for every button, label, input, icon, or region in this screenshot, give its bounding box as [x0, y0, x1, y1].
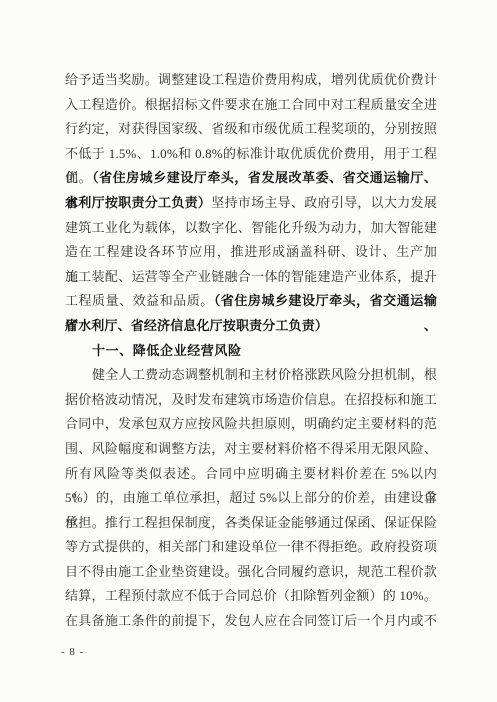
- section-heading: 十一、降低企业经营风险: [65, 339, 437, 364]
- document-body: 给予适当奖励。调整建设工程造价费用构成，增列优质优价费计入工程造价。根据招标文件…: [65, 68, 437, 634]
- text-segment: 工程质量、效益和品质。: [65, 293, 214, 308]
- text-line: 给予适当奖励。调整建设工程造价费用构成，增列优质优价费计: [65, 68, 437, 93]
- text-line: 水利厅按职责分工负责）坚持市场主导、政府引导，以大力发展: [65, 191, 437, 216]
- text-segment: 建筑工业化为载体，以数字化、智能化升级为动力，加大智能建: [65, 220, 437, 235]
- text-line: 合同中，发承包双方应按风险共担原则，明确约定主要材料的范: [65, 412, 437, 437]
- text-line: 结算，工程预付款应不低于合同总价（扣除暂列金额）的 10%。: [65, 584, 437, 609]
- text-segment: 行约定，对获得国家级、省级和市级优质工程奖项的，分别按照: [65, 121, 437, 136]
- text-segment: 等方式提供的，相关部门和建设单位一律不得拒绝。政府投资项: [65, 539, 437, 554]
- text-line: 工程质量、效益和品质。（省住房城乡建设厅牵头，省交通运输厅、: [65, 289, 437, 314]
- text-segment: 给予适当奖励。调整建设工程造价费用构成，增列优质优价费计: [65, 72, 437, 87]
- text-segment: 结算，工程预付款应不低于合同总价（扣除暂列金额）的 10%。: [65, 588, 437, 603]
- text-line: 建筑工业化为载体，以数字化、智能化升级为动力，加大智能建: [65, 216, 437, 241]
- text-line: 承担。推行工程担保制度，各类保证金能够通过保函、保证保险: [65, 511, 437, 536]
- document-page: 给予适当奖励。调整建设工程造价费用构成，增列优质优价费计入工程造价。根据招标文件…: [0, 0, 497, 702]
- text-line: 入工程造价。根据招标文件要求在施工合同中对工程质量安全进: [65, 93, 437, 118]
- bold-text-segment: 十一、降低企业经营风险: [92, 343, 242, 358]
- text-segment: 合同中，发承包双方应按风险共担原则，明确约定主要材料的范: [65, 416, 437, 431]
- text-segment: 健全人工费动态调整机制和主材价格涨跌风险分担机制，根: [92, 367, 437, 382]
- text-segment: 在具备施工条件的前提下，发包人应在合同签订后一个月内或不: [65, 613, 437, 628]
- text-line: 所有风险等类似表述。合同中应明确主要材料价差在 5%以内（含: [65, 462, 437, 487]
- text-segment: 围、风险幅度和调整方法，对主要材料价格不得采用无限风险、: [65, 441, 437, 456]
- text-line: 5%）的，由施工单位承担，超过 5%以上部分的价差，由建设单位: [65, 486, 437, 511]
- text-line: 等方式提供的，相关部门和建设单位一律不得拒绝。政府投资项: [65, 535, 437, 560]
- text-line: 施工装配、运营等全产业链融合一体的智能建造产业体系，提升: [65, 265, 437, 290]
- text-segment: 目不得由施工企业垫资建设。强化合同履约意识，规范工程价款: [65, 564, 437, 579]
- page-number: - 8 -: [61, 644, 84, 660]
- text-line: 优。（省住房城乡建设厅牵头，省发展改革委、省交通运输厅、省: [65, 166, 437, 191]
- text-line: 造在工程建设各环节应用，推进形成涵盖科研、设计、生产加工、: [65, 240, 437, 265]
- bold-text-segment: 水利厅按职责分工负责）: [65, 195, 211, 210]
- text-line: 在具备施工条件的前提下，发包人应在合同签订后一个月内或不: [65, 609, 437, 634]
- text-segment: 优。: [65, 170, 92, 185]
- text-segment: 坚持市场主导、政府引导，以大力发展: [211, 195, 437, 210]
- text-segment: 入工程造价。根据招标文件要求在施工合同中对工程质量安全进: [65, 97, 437, 112]
- text-segment: 承担。推行工程担保制度，各类保证金能够通过保函、保证保险: [65, 515, 437, 530]
- text-line: 行约定，对获得国家级、省级和市级优质工程奖项的，分别按照: [65, 117, 437, 142]
- bold-text-segment: 省水利厅、省经济信息化厅按职责分工负责）: [65, 318, 328, 333]
- text-line: 围、风险幅度和调整方法，对主要材料价格不得采用无限风险、: [65, 437, 437, 462]
- text-segment: 施工装配、运营等全产业链融合一体的智能建造产业体系，提升: [65, 269, 437, 284]
- text-line: 据价格波动情况，及时发布建筑市场造价信息。在招投标和施工: [65, 388, 437, 413]
- text-segment: 据价格波动情况，及时发布建筑市场造价信息。在招投标和施工: [65, 392, 437, 407]
- text-line: 不低于 1.5%、1.0%和 0.8%的标准计取优质优价费用，用于工程创: [65, 142, 437, 167]
- text-line: 健全人工费动态调整机制和主材价格涨跌风险分担机制，根: [65, 363, 437, 388]
- text-line: 目不得由施工企业垫资建设。强化合同履约意识，规范工程价款: [65, 560, 437, 585]
